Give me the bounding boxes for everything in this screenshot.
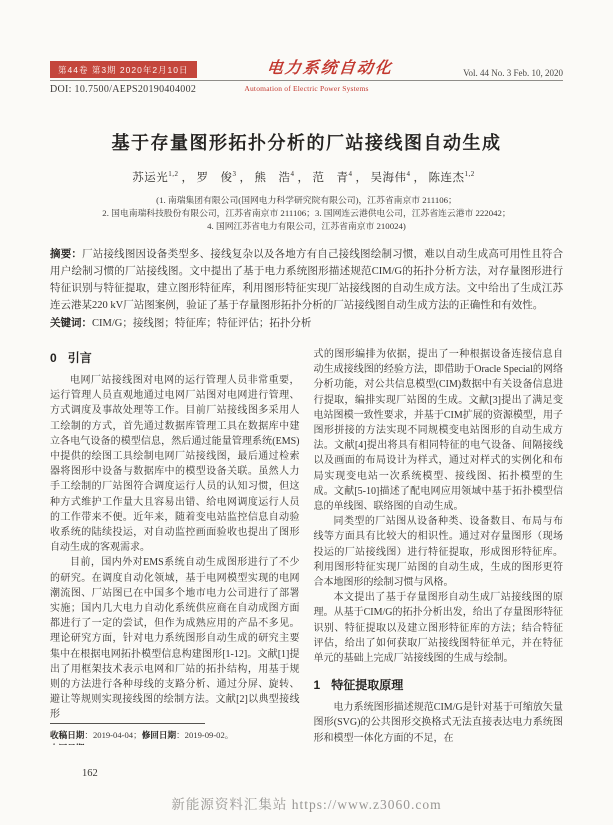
author: 熊 浩4， <box>255 172 313 184</box>
received-date-value: ：2019-04-04； <box>84 730 141 740</box>
header-subrow: DOI: 10.7500/AEPS20190404002 Automation … <box>50 84 563 95</box>
doi-text: DOI: 10.7500/AEPS20190404002 <box>50 84 244 95</box>
left-column: 0引言 电网厂站接线图对电网的运行管理人员非常重要，运行管理人员直观地通过电网厂… <box>50 347 300 745</box>
keywords-label: 关键词： <box>50 317 92 329</box>
section-title: 引言 <box>68 351 92 365</box>
body-paragraph: 本文提出了基于存量图形自动生成厂站接线图的原理。从基于CIM/G的拓扑分析出发，… <box>314 590 564 666</box>
revised-date-value: ：2019-09-02。 <box>176 730 233 740</box>
section-number: 0 <box>50 351 57 365</box>
author-affil-sup: 4 <box>349 170 353 178</box>
footnote-block: 收稿日期：2019-04-04；修回日期：2019-09-02。 上网日期：20… <box>50 723 300 745</box>
author-name: 范 青 <box>313 172 349 184</box>
affiliation-line: 4. 国网江苏省电力有限公司，江苏省南京市 210024) <box>50 220 563 233</box>
footnote-dates: 收稿日期：2019-04-04；修回日期：2019-09-02。 <box>50 729 300 742</box>
author-affil-sup: 4 <box>291 170 295 178</box>
abstract-block: 摘要：厂站接线图因设备类型多、接线复杂以及各地方有自己接线图绘制习惯，难以自动生… <box>50 246 563 332</box>
journal-logo-cn: 电力系统自动化 <box>266 55 394 78</box>
author-affil-sup: 3 <box>233 170 237 178</box>
author-name: 吴海伟 <box>371 172 407 184</box>
article-title: 基于存量图形拓扑分析的厂站接线图自动生成 <box>50 129 563 155</box>
section-title: 特征提取原理 <box>331 678 403 692</box>
author: 罗 俊3， <box>197 172 255 184</box>
journal-header: 第44卷 第3期 2020年2月10日 电力系统自动化 Vol. 44 No. … <box>50 56 563 78</box>
author: 吴海伟4， <box>371 172 429 184</box>
header-rule <box>50 80 563 81</box>
body-paragraph: 电网厂站接线图对电网的运行管理人员非常重要，运行管理人员直观地通过电网厂站图对电… <box>50 373 300 555</box>
body-paragraph: 目前，国内外对EMS系统自动生成图形进行了不少的研究。在调度自动化领域，基于电网… <box>50 555 300 722</box>
body-paragraph: 电力系统图形描述规范CIM/G是针对基于可缩放矢量图形(SVG)的公共图形交换格… <box>314 700 564 745</box>
issue-info-en: Vol. 44 No. 3 Feb. 10, 2020 <box>463 68 563 78</box>
author-separator: ， <box>182 172 194 184</box>
affiliation-line: 2. 国电南瑞科技股份有限公司，江苏省南京市 211106；3. 国网连云港供电… <box>50 207 563 220</box>
author-separator: ， <box>356 172 368 184</box>
body-paragraph: 同类型的厂站图从设备种类、设备数目、布局与布线等方面具有比较大的相识性。通过对存… <box>314 514 564 590</box>
author: 苏运光1,2， <box>132 172 196 184</box>
watermark-link[interactable]: 新能源资料汇集站 https://www.z3060.com <box>0 793 613 813</box>
author: 陈连杰1,2 <box>429 172 481 184</box>
author-name: 陈连杰 <box>429 172 465 184</box>
page-number: 162 <box>82 768 98 779</box>
right-column: 式的图形编排为依据，提出了一种根据设备连接信息自动生成接线图的经验方法，即借助于… <box>314 347 564 745</box>
author: 范 青4， <box>313 172 371 184</box>
author-name: 罗 俊 <box>197 172 233 184</box>
abstract: 摘要：厂站接线图因设备类型多、接线复杂以及各地方有自己接线图绘制习惯，难以自动生… <box>50 246 563 314</box>
online-date-value: ：2019-12-18。 <box>84 743 141 745</box>
author-separator: ， <box>414 172 426 184</box>
journal-name-en: Automation of Electric Power Systems <box>244 84 368 93</box>
author-name: 熊 浩 <box>255 172 291 184</box>
footnote-rule <box>50 723 205 724</box>
section-heading-1: 1特征提取原理 <box>314 676 564 693</box>
author-affil-sup: 4 <box>407 170 411 178</box>
issue-info-cn: 第44卷 第3期 2020年2月10日 <box>50 61 197 78</box>
footnote-online-date: 上网日期：2019-12-18。 <box>50 742 300 745</box>
revised-date-label: 修回日期 <box>142 730 176 740</box>
abstract-label: 摘要： <box>50 248 82 260</box>
body-columns: 0引言 电网厂站接线图对电网的运行管理人员非常重要，运行管理人员直观地通过电网厂… <box>50 347 563 745</box>
body-paragraph: 式的图形编排为依据，提出了一种根据设备连接信息自动生成接线图的经验方法，即借助于… <box>314 347 564 514</box>
author-separator: ， <box>240 172 252 184</box>
author-line: 苏运光1,2，罗 俊3，熊 浩4，范 青4，吴海伟4，陈连杰1,2 <box>50 169 563 185</box>
affiliation-block: (1. 南瑞集团有限公司(国网电力科学研究院有限公司)，江苏省南京市 21110… <box>50 194 563 233</box>
author-separator: ， <box>298 172 310 184</box>
paper-page: 第44卷 第3期 2020年2月10日 电力系统自动化 Vol. 44 No. … <box>0 0 613 825</box>
keywords-text: CIM/G；接线图；特征库；特征评估；拓扑分析 <box>92 318 311 329</box>
affiliation-line: (1. 南瑞集团有限公司(国网电力科学研究院有限公司)，江苏省南京市 21110… <box>50 194 563 207</box>
keywords: 关键词：CIM/G；接线图；特征库；特征评估；拓扑分析 <box>50 315 563 332</box>
author-name: 苏运光 <box>132 172 168 184</box>
author-affil-sup: 1,2 <box>168 170 178 178</box>
online-date-label: 上网日期 <box>50 743 84 745</box>
author-affil-sup: 1,2 <box>465 170 475 178</box>
received-date-label: 收稿日期 <box>50 730 84 740</box>
section-number: 1 <box>314 678 321 692</box>
section-heading-0: 0引言 <box>50 349 300 366</box>
abstract-text: 厂站接线图因设备类型多、接线复杂以及各地方有自己接线图绘制习惯，难以自动生成高可… <box>50 249 563 311</box>
